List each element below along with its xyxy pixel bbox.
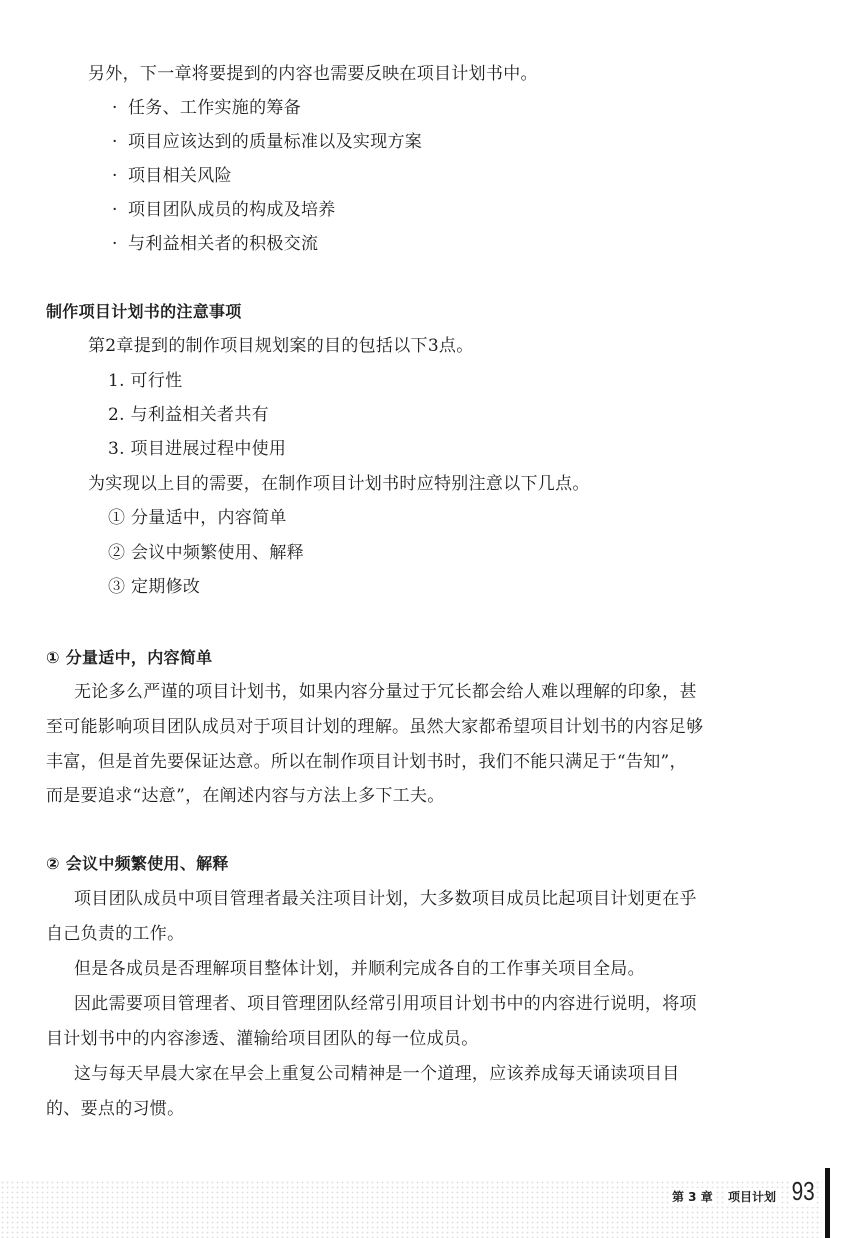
paragraph-line: 因此需要项目管理者、项目管理团队经常引用项目计划书中的内容进行说明，将项 (74, 992, 697, 1016)
page-number: 93 (790, 1176, 816, 1207)
list-item: ·项目相关风险 (112, 164, 232, 188)
intro-paragraph: 另外，下一章将要提到的内容也需要反映在项目计划书中。 (88, 62, 538, 86)
paragraph-line: 至可能影响项目团队成员对于项目计划的理解。虽然大家都希望项目计划书的内容足够 (46, 715, 703, 739)
point-item: ② 会议中频繁使用、解释 (108, 541, 304, 565)
paragraph-line: 而是要追求“达意”，在阐述内容与方法上多下工夫。 (46, 784, 445, 808)
list-item: ·项目团队成员的构成及培养 (112, 198, 336, 222)
paragraph-line: 这与每天早晨大家在早会上重复公司精神是一个道理，应该养成每天诵读项目目 (74, 1062, 680, 1086)
point-item: ① 分量适中，内容简单 (108, 506, 287, 530)
footer-chapter: 第 3 章 (670, 1188, 715, 1205)
numbered-item: 2. 与利益相关者共有 (108, 403, 269, 427)
list-item: ·与利益相关者的积极交流 (112, 232, 318, 256)
section-heading: ① 分量适中，内容简单 (46, 646, 212, 670)
paragraph-line: 的、要点的习惯。 (46, 1097, 184, 1121)
point-item: ③ 定期修改 (108, 575, 200, 599)
paragraph-line: 自己负责的工作。 (46, 922, 184, 946)
bullet-icon: · (112, 96, 128, 120)
numbered-item: 3. 项目进展过程中使用 (108, 437, 286, 461)
numbered-item: 1. 可行性 (108, 369, 182, 393)
paragraph-line: 项目团队成员中项目管理者最关注项目计划，大多数项目成员比起项目计划更在乎 (74, 887, 697, 911)
bullet-icon: · (112, 198, 128, 222)
list-item: ·任务、工作实施的筹备 (112, 96, 301, 120)
section-heading: 制作项目计划书的注意事项 (46, 300, 242, 324)
paragraph-line: 丰富，但是首先要保证达意。所以在制作项目计划书时，我们不能只满足于“告知”， (46, 750, 687, 774)
bullet-icon: · (112, 164, 128, 188)
bullet-icon: · (112, 130, 128, 154)
paragraph-line: 目计划书中的内容渗透、灌输给项目团队的每一位成员。 (46, 1027, 479, 1051)
paragraph: 为实现以上目的需要，在制作项目计划书时应特别注意以下几点。 (88, 472, 590, 496)
footer-title: 项目计划 (726, 1188, 778, 1205)
list-item: ·项目应该达到的质量标准以及实现方案 (112, 130, 422, 154)
paragraph: 第2章提到的制作项目规划案的目的包括以下3点。 (88, 334, 474, 358)
bullet-icon: · (112, 232, 128, 256)
section-heading: ② 会议中频繁使用、解释 (46, 852, 229, 876)
paragraph-line: 但是各成员是否理解项目整体计划，并顺利完成各自的工作事关项目全局。 (74, 957, 645, 981)
paragraph-line: 无论多么严谨的项目计划书，如果内容分量过于冗长都会给人难以理解的印象，甚 (74, 680, 697, 704)
page-edge-bar (825, 1168, 830, 1238)
